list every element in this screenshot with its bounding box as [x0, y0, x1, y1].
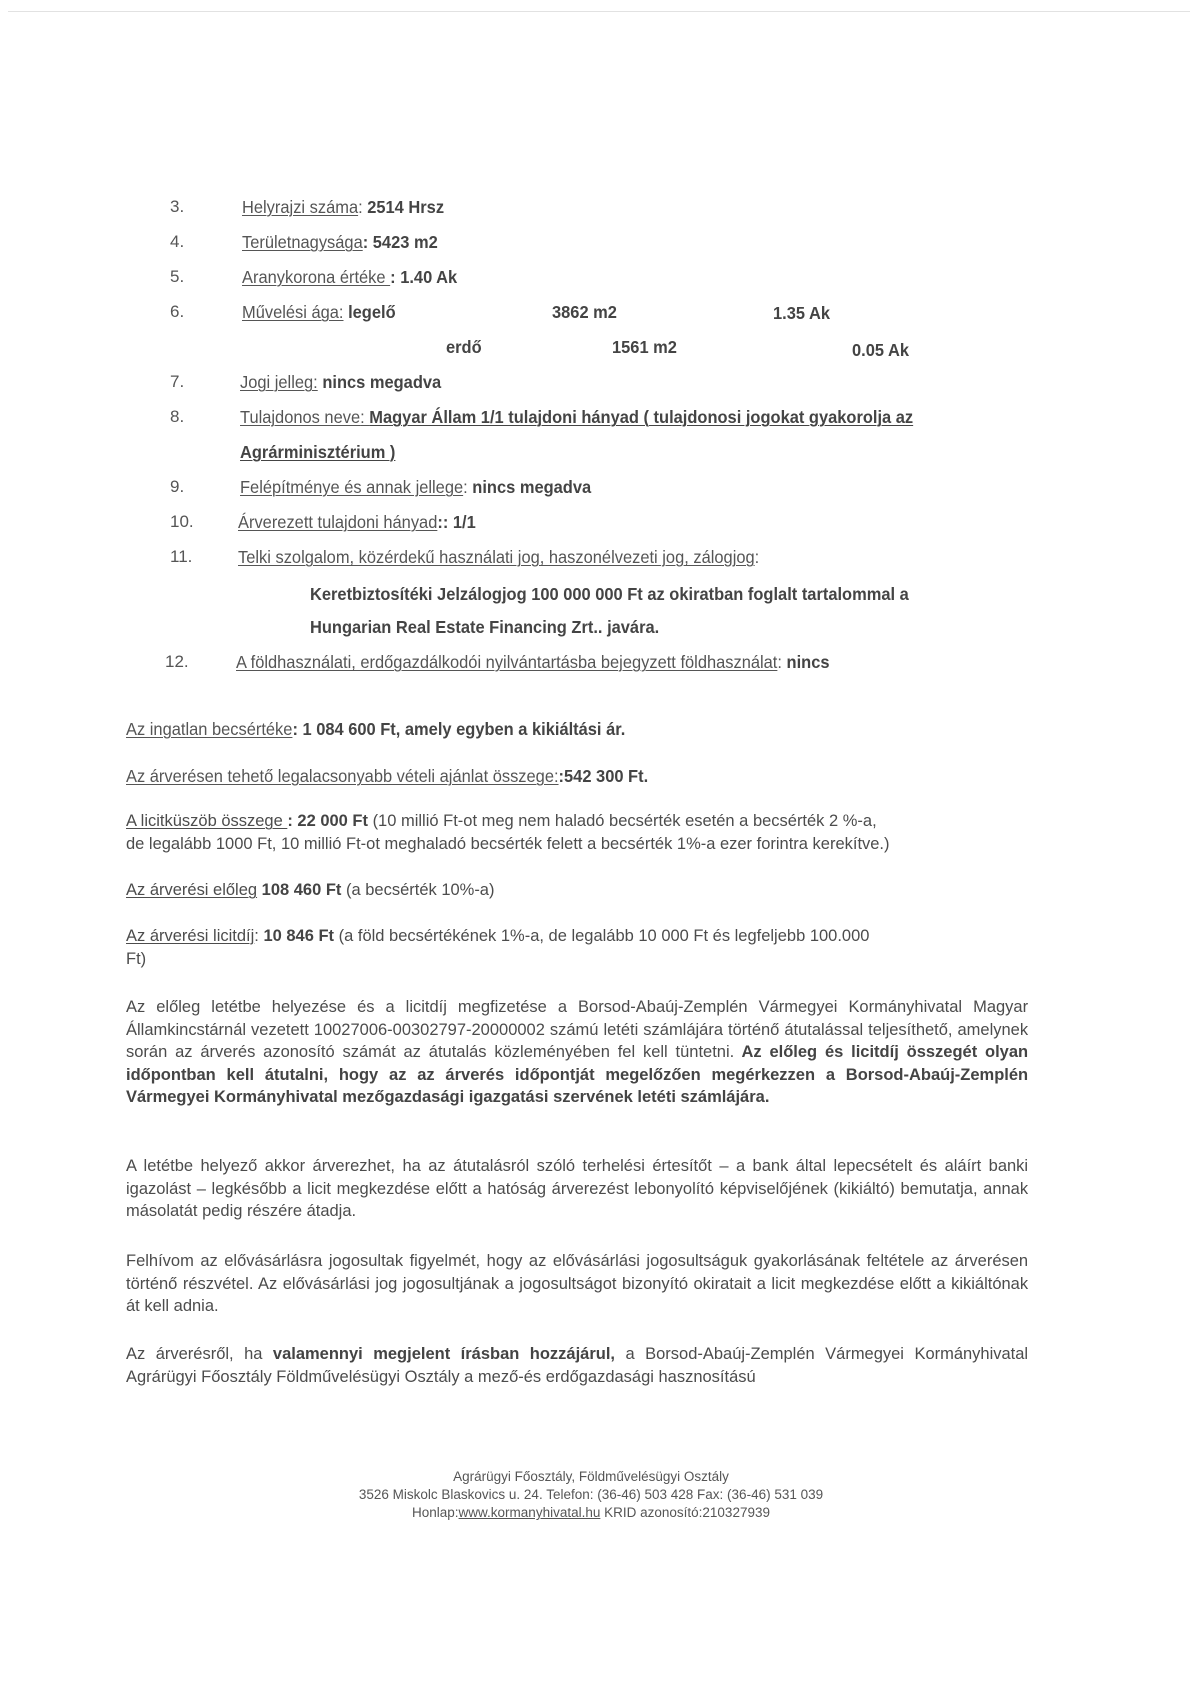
valuation-label: Az ingatlan becsértéke	[126, 719, 292, 739]
deposit: Az árverési előleg 108 460 Ft (a becsért…	[126, 880, 494, 900]
item-jogi-jelleg: Jogi jelleg: nincs megadva	[240, 372, 441, 393]
bid-step-note-cont: de legalább 1000 Ft, 10 millió Ft-ot meg…	[126, 834, 890, 854]
preemption-paragraph: Felhívom az elővásárlásra jogosultak fig…	[126, 1250, 1028, 1318]
item-sep: :	[463, 477, 472, 497]
item-value: 1.40 Ak	[400, 267, 457, 287]
minutes-text-a: Az árverésről, ha	[126, 1344, 273, 1363]
item-sep: :	[358, 197, 367, 217]
bid-step-note: (10 millió Ft-ot meg nem haladó becsérté…	[368, 811, 877, 830]
item-muvelesi-ag: Művelési ága: legelő	[242, 302, 396, 323]
footer-krid: KRID azonosító:210327939	[600, 1505, 770, 1520]
item-value: 1/1	[453, 512, 476, 532]
item-label: A földhasználati, erdőgazdálkodói nyilvá…	[236, 652, 777, 672]
erdo-type: erdő	[446, 337, 482, 358]
item-label: Helyrajzi száma	[242, 197, 358, 217]
footer-web: Honlap:www.kormanyhivatal.hu KRID azonos…	[0, 1504, 1186, 1522]
item-label: Felépítménye és annak jellege	[240, 477, 463, 497]
valuation-value: : 1 084 600 Ft, amely egyben a kikiáltás…	[292, 719, 625, 739]
item-felepitmeny: Felépítménye és annak jellege: nincs meg…	[240, 477, 591, 498]
footer-web-prefix: Honlap:	[412, 1505, 459, 1520]
item-terhek: Telki szolgalom, közérdekű használati jo…	[238, 547, 759, 568]
item-label: Művelési ága:	[242, 302, 344, 322]
item-value: 5423 m2	[373, 232, 438, 252]
item-value: nincs megadva	[322, 372, 441, 392]
item-sep: :	[777, 652, 786, 672]
item-label: Telki szolgalom, közérdekű használati jo…	[238, 547, 755, 567]
bid-fee-label: Az árverési licitdíj	[126, 926, 254, 945]
min-bid-value: :542 300 Ft.	[559, 766, 649, 786]
item-foldhasznalat: A földhasználati, erdőgazdálkodói nyilvá…	[236, 652, 830, 673]
jelzalogjog-line1: Keretbiztosítéki Jelzálogjog 100 000 000…	[310, 584, 909, 605]
item-sep: :	[390, 267, 400, 287]
item-value: nincs megadva	[472, 477, 591, 497]
bid-step: A licitküszöb összege : 22 000 Ft (10 mi…	[126, 811, 877, 831]
bid-fee-value: 10 846 Ft	[263, 926, 334, 945]
item-label: Területnagysága	[242, 232, 363, 252]
item-value: 2514 Hrsz	[367, 197, 444, 217]
bid-fee: Az árverési licitdíj: 10 846 Ft (a föld …	[126, 926, 869, 946]
bid-step-value: : 22 000 Ft	[287, 811, 368, 830]
deposit-note: (a becsérték 10%-a)	[341, 880, 494, 899]
item-arverezett-hanyad: Árverezett tulajdoni hányad:: 1/1	[238, 512, 476, 533]
item-label: Árverezett tulajdoni hányad	[238, 512, 437, 532]
item-sep: :	[755, 547, 760, 567]
item-value: nincs	[787, 652, 830, 672]
item-number: 7.	[170, 372, 184, 392]
item-number: 12.	[165, 652, 189, 672]
item-number: 5.	[170, 267, 184, 287]
deposit-value: 108 460 Ft	[257, 880, 341, 899]
item-label: Aranykorona értéke	[242, 267, 390, 287]
min-bid: Az árverésen tehető legalacsonyabb vétel…	[126, 766, 648, 787]
item-tulajdonos-cont: Agrárminisztérium )	[240, 442, 395, 463]
legelo-area: 3862 m2	[552, 302, 617, 323]
item-number: 10.	[170, 512, 194, 532]
item-value: Magyar Állam 1/1 tulajdoni hányad ( tula…	[369, 407, 913, 427]
item-sep: :	[363, 232, 373, 252]
bank-certificate-paragraph: A letétbe helyező akkor árverezhet, ha a…	[126, 1155, 1028, 1223]
item-label: Jogi jelleg:	[240, 372, 318, 392]
payment-paragraph: Az előleg letétbe helyezése és a licitdí…	[126, 996, 1028, 1109]
bid-step-label: A licitküszöb összege	[126, 811, 287, 830]
item-number: 6.	[170, 302, 184, 322]
bid-fee-sep: :	[254, 926, 263, 945]
erdo-area: 1561 m2	[612, 337, 677, 358]
item-teruletnagysag: Területnagysága: 5423 m2	[242, 232, 438, 253]
item-number: 4.	[170, 232, 184, 252]
legelo-ak: 1.35 Ak	[773, 303, 830, 324]
footer-department: Agrárügyi Főosztály, Földművelésügyi Osz…	[0, 1468, 1186, 1486]
item-value: legelő	[348, 302, 396, 322]
jelzalogjog-line2: Hungarian Real Estate Financing Zrt.. ja…	[310, 617, 659, 638]
erdo-ak: 0.05 Ak	[852, 340, 909, 361]
minutes-consent-text: valamennyi megjelent írásban hozzájárul,	[273, 1344, 615, 1363]
item-number: 3.	[170, 197, 184, 217]
item-tulajdonos: Tulajdonos neve: Magyar Állam 1/1 tulajd…	[240, 407, 913, 428]
footer: Agrárügyi Főosztály, Földművelésügyi Osz…	[0, 1468, 1186, 1522]
item-aranykorona: Aranykorona értéke : 1.40 Ak	[242, 267, 457, 288]
item-helyrajzi-szam: Helyrajzi száma: 2514 Hrsz	[242, 197, 444, 218]
footer-address: 3526 Miskolc Blaskovics u. 24. Telefon: …	[0, 1486, 1186, 1504]
valuation: Az ingatlan becsértéke: 1 084 600 Ft, am…	[126, 719, 625, 740]
bid-fee-note-cont: Ft)	[126, 949, 146, 969]
item-label: Tulajdonos neve	[240, 407, 360, 427]
min-bid-label: Az árverésen tehető legalacsonyabb vétel…	[126, 766, 559, 786]
deposit-label: Az árverési előleg	[126, 880, 257, 899]
item-number: 8.	[170, 407, 184, 427]
item-number: 11.	[170, 547, 192, 567]
scan-top-edge	[8, 11, 1190, 12]
item-number: 9.	[170, 477, 184, 497]
item-sep: :	[360, 407, 369, 427]
minutes-paragraph: Az árverésről, ha valamennyi megjelent í…	[126, 1343, 1028, 1388]
website-link[interactable]: www.kormanyhivatal.hu	[459, 1505, 601, 1520]
bid-fee-note: (a föld becsértékének 1%-a, de legalább …	[334, 926, 869, 945]
item-sep: ::	[437, 512, 453, 532]
